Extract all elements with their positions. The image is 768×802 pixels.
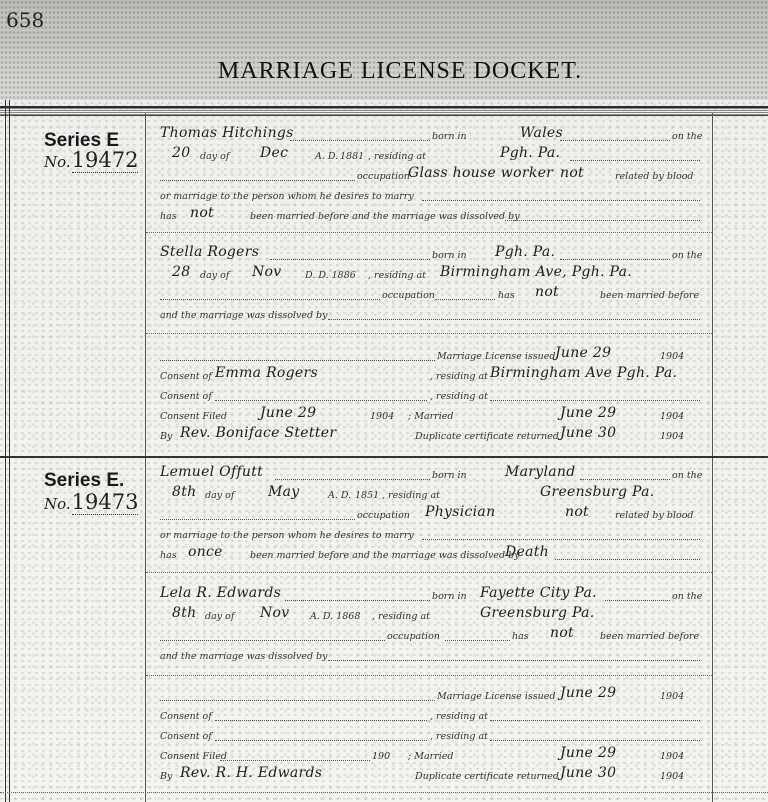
bride-occupation-line: occupation has not been married before (160, 626, 700, 644)
label-been-married-before: been married before (600, 290, 699, 301)
bride-date-line: 28 day of Nov D. D. 1886 , residing at B… (160, 265, 700, 283)
label-born-in: born in (432, 250, 467, 261)
bride-birth-month: Nov (252, 264, 282, 280)
dotted-fill (215, 740, 427, 741)
label-on-the: on the (672, 470, 702, 481)
dotted-fill (215, 720, 427, 721)
label-residing-at: , residing at (430, 391, 488, 402)
groom-name: Thomas Hitchings (160, 125, 294, 141)
label-occupation: occupation (357, 510, 410, 521)
label-occupation: occupation (382, 290, 435, 301)
label-residing-at: , residing at (382, 490, 440, 501)
label-born-in: born in (432, 131, 467, 142)
officiant-name: Rev. R. H. Edwards (180, 765, 322, 781)
dotted-fill (490, 720, 700, 721)
label-on-the: on the (672, 591, 702, 602)
series-label: Series E. (44, 470, 124, 492)
groom-married-before: not (190, 205, 214, 221)
bride-occupation-line: occupation has not been married before (160, 285, 700, 303)
consent-filed-date: June 29 (260, 405, 316, 421)
dotted-fill (275, 479, 430, 480)
number-prefix: No. (44, 153, 71, 171)
dotted-fill (160, 360, 435, 361)
groom-occupation-line: occupation Glass house worker not relate… (160, 166, 700, 184)
groom-marry-line: or marriage to the person whom he desire… (160, 525, 700, 543)
dotted-fill (445, 640, 510, 641)
bride-birth-day: 28 (172, 264, 190, 280)
label-married: ; Married (408, 751, 453, 762)
label-born-in: born in (432, 591, 467, 602)
label-on-the: on the (672, 250, 702, 261)
label-day-of: day of (205, 611, 234, 622)
consent-1-line: Consent of Emma Rogers , residing at Bir… (160, 366, 700, 384)
license-issued-line: Marriage License issued June 29 1904 (160, 346, 700, 364)
groom-residence: Pgh. Pa. (500, 145, 560, 161)
dotted-fill (422, 200, 700, 201)
section-divider (146, 333, 712, 334)
license-issued-date: June 29 (560, 685, 616, 701)
label-consent-of: Consent of (160, 731, 212, 742)
dotted-fill (580, 479, 670, 480)
label-related-by-blood: related by blood (615, 510, 694, 521)
label-consent-of: Consent of (160, 711, 212, 722)
dotted-fill (490, 740, 700, 741)
groom-birth-day: 8th (172, 484, 196, 500)
label-has: has (160, 211, 177, 222)
groom-name-line: Thomas Hitchings born in Wales on the (160, 126, 700, 144)
dotted-fill (560, 259, 670, 260)
bride-birth-month: Nov (260, 605, 290, 621)
page-header-band (0, 0, 768, 100)
married-date: June 29 (560, 405, 616, 421)
label-duplicate-returned: Duplicate certificate returned (415, 431, 559, 442)
label-ad: A. D. (328, 490, 351, 501)
record-number: No.19473 (44, 490, 138, 514)
consent-filed-line: Consent Filed 190 ; Married June 29 1904 (160, 746, 700, 764)
bride-name: Stella Rogers (160, 244, 259, 260)
consent-1-name: Emma Rogers (215, 365, 318, 381)
dotted-fill (560, 140, 670, 141)
dotted-fill (555, 559, 700, 560)
label-on-the: on the (672, 131, 702, 142)
label-residing-at: , residing at (368, 151, 426, 162)
groom-marry-line: or marriage to the person whom he desire… (160, 186, 700, 204)
consent-filed-year: 1904 (370, 411, 394, 422)
left-border (5, 100, 10, 802)
groom-birth-month: Dec (260, 145, 288, 161)
label-residing-at: , residing at (430, 731, 488, 742)
label-married: ; Married (408, 411, 453, 422)
label-been-married-before: been married before (600, 631, 699, 642)
title-rule (0, 106, 768, 116)
label-or-marriage-to: or marriage to the person whom he desire… (160, 530, 414, 541)
duplicate-returned-year: 1904 (660, 771, 684, 782)
groom-occupation-line: occupation Physician not related by bloo… (160, 505, 700, 523)
married-date: June 29 (560, 745, 616, 761)
bride-birthplace: Pgh. Pa. (495, 244, 555, 260)
label-marriage-dissolved: and the marriage was dissolved by (160, 310, 328, 321)
label-consent-of: Consent of (160, 391, 212, 402)
bride-married-before: not (550, 625, 574, 641)
officiant-line: By Rev. Boniface Stetter Duplicate certi… (160, 426, 700, 444)
dotted-fill (160, 180, 355, 181)
label-marriage-dissolved: and the marriage was dissolved by (160, 651, 328, 662)
label-ad: A. D. (315, 151, 338, 162)
dotted-fill (220, 760, 370, 761)
number-value: 19473 (72, 490, 139, 515)
section-divider (146, 675, 712, 676)
groom-related: not (560, 165, 584, 181)
groom-birthplace: Wales (520, 125, 563, 141)
license-issued-year: 1904 (660, 351, 684, 362)
dotted-fill (328, 319, 700, 320)
license-issued-year: 1904 (660, 691, 684, 702)
label-consent-filed: Consent Filed (160, 411, 227, 422)
dotted-fill (328, 660, 700, 661)
groom-dissolved-by: Death (505, 544, 549, 560)
label-residing-at: , residing at (430, 371, 488, 382)
label-has: has (512, 631, 529, 642)
bride-birth-day: 8th (172, 605, 196, 621)
bride-married-before: not (535, 284, 559, 300)
groom-birthplace: Maryland (505, 464, 576, 480)
bride-residence: Greensburg Pa. (480, 605, 595, 621)
number-prefix: No. (44, 495, 71, 513)
section-divider (146, 232, 712, 233)
groom-name-line: Lemuel Offutt born in Maryland on the (160, 465, 700, 483)
consent-filed-year: 190 (372, 751, 390, 762)
bride-birthplace: Fayette City Pa. (480, 585, 597, 601)
number-value: 19472 (72, 148, 139, 173)
groom-married-before-line: has once been married before and the mar… (160, 545, 700, 563)
groom-date-line: 20 day of Dec A. D. 1881 , residing at P… (160, 146, 700, 164)
married-year: 1904 (660, 411, 684, 422)
label-consent-filed: Consent Filed (160, 751, 227, 762)
label-related-by-blood: related by blood (615, 171, 694, 182)
dotted-fill (490, 400, 700, 401)
officiant-line: By Rev. R. H. Edwards Duplicate certific… (160, 766, 700, 784)
duplicate-returned-year: 1904 (660, 431, 684, 442)
label-residing-at: , residing at (430, 711, 488, 722)
label-been-married-dissolved: been married before and the marriage was… (250, 550, 520, 561)
dotted-fill (160, 299, 380, 300)
bride-dissolved-line: and the marriage was dissolved by (160, 646, 700, 664)
married-year: 1904 (660, 751, 684, 762)
label-day-of: day of (200, 151, 229, 162)
label-license-issued: Marriage License issued (437, 691, 555, 702)
dotted-fill (505, 220, 700, 221)
label-has: has (160, 550, 177, 561)
label-day-of: day of (205, 490, 234, 501)
dotted-fill (422, 539, 700, 540)
dotted-fill (290, 140, 430, 141)
groom-birth-year: 1851 (355, 490, 379, 501)
license-issued-line: Marriage License issued June 29 1904 (160, 686, 700, 704)
groom-married-before-line: has not been married before and the marr… (160, 206, 700, 224)
groom-birth-day: 20 (172, 145, 190, 161)
dotted-fill (435, 299, 495, 300)
bride-dissolved-line: and the marriage was dissolved by (160, 305, 700, 323)
bride-name-line: Stella Rogers born in Pgh. Pa. on the (160, 245, 700, 263)
record-number: No.19472 (44, 148, 138, 172)
label-occupation: occupation (387, 631, 440, 642)
dotted-fill (605, 600, 670, 601)
dotted-fill (570, 160, 700, 161)
dotted-fill (160, 640, 385, 641)
bottom-divider (0, 792, 768, 793)
duplicate-returned-date: June 30 (560, 425, 616, 441)
label-license-issued: Marriage License issued (437, 351, 555, 362)
label-duplicate-returned: Duplicate certificate returned (415, 771, 559, 782)
label-has: has (498, 290, 515, 301)
bride-birth-year-label: A. D. 1868 (310, 611, 360, 622)
groom-occupation: Physician (425, 504, 495, 520)
label-occupation: occupation (357, 171, 410, 182)
dotted-fill (285, 600, 430, 601)
label-or-marriage-to: or marriage to the person whom he desire… (160, 191, 414, 202)
consent-1-residence: Birmingham Ave Pgh. Pa. (490, 365, 677, 381)
groom-residence: Greensburg Pa. (540, 484, 655, 500)
label-consent-of: Consent of (160, 371, 212, 382)
dotted-fill (160, 519, 355, 520)
license-issued-date: June 29 (555, 345, 611, 361)
record-separator (0, 456, 768, 458)
label-born-in: born in (432, 470, 467, 481)
consent-2-line: Consent of , residing at (160, 726, 700, 744)
page-number: 658 (6, 8, 44, 32)
dotted-fill (160, 700, 435, 701)
bride-name-line: Lela R. Edwards born in Fayette City Pa.… (160, 586, 700, 604)
label-been-married-dissolved: been married before and the marriage was… (250, 211, 520, 222)
bride-residence: Birmingham Ave, Pgh. Pa. (440, 264, 632, 280)
consent-1-line: Consent of , residing at (160, 706, 700, 724)
label-residing-at: , residing at (372, 611, 430, 622)
section-divider (146, 572, 712, 573)
groom-birth-year: 1881 (340, 151, 364, 162)
groom-date-line: 8th day of May A. D. 1851 , residing at … (160, 485, 700, 503)
consent-filed-line: Consent Filed June 29 1904 ; Married Jun… (160, 406, 700, 424)
groom-birth-month: May (268, 484, 300, 500)
groom-related: not (565, 504, 589, 520)
label-by: By (160, 771, 172, 782)
dotted-fill (270, 259, 430, 260)
groom-name: Lemuel Offutt (160, 464, 263, 480)
bride-name: Lela R. Edwards (160, 585, 281, 601)
docket-page: 658 MARRIAGE LICENSE DOCKET. Series E No… (0, 0, 768, 802)
dotted-fill (215, 400, 427, 401)
label-day-of: day of (200, 270, 229, 281)
docket-title: MARRIAGE LICENSE DOCKET. (150, 58, 650, 85)
officiant-name: Rev. Boniface Stetter (180, 425, 336, 441)
label-by: By (160, 431, 172, 442)
duplicate-returned-date: June 30 (560, 765, 616, 781)
groom-occupation: Glass house worker (408, 165, 553, 181)
label-residing-at: , residing at (368, 270, 426, 281)
consent-2-line: Consent of , residing at (160, 386, 700, 404)
bride-birth-year-label: D. D. 1886 (305, 270, 356, 281)
bride-date-line: 8th day of Nov A. D. 1868 , residing at … (160, 606, 700, 624)
groom-married-before: once (188, 544, 223, 560)
